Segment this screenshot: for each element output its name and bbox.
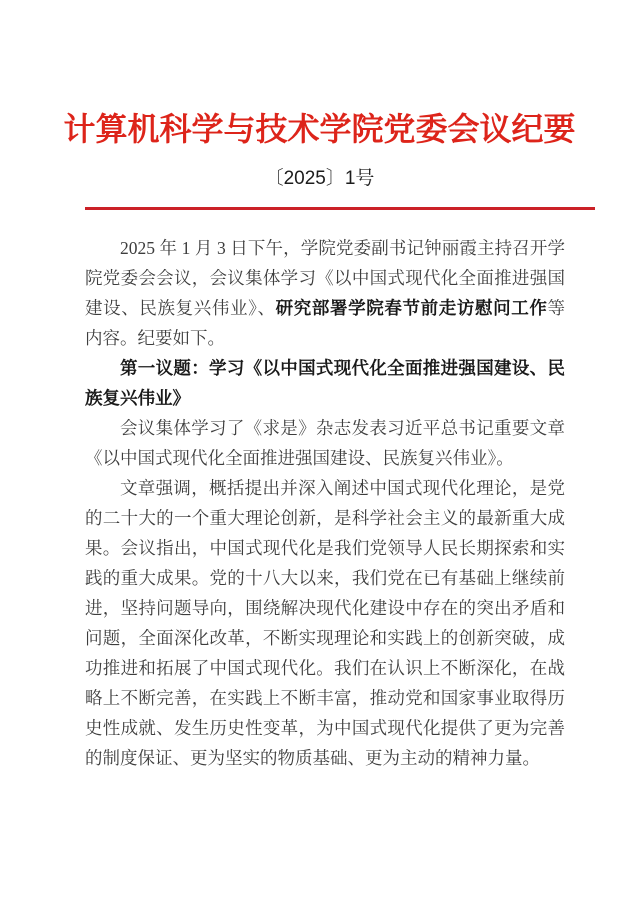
- text-segment: 第一议题：学习《以中国式现代化全面推进强国建设、民族复兴伟业》: [85, 358, 565, 408]
- text-segment: 研究部署学院春节前走访慰问工作: [276, 298, 548, 318]
- document-number: 〔2025〕1号: [0, 163, 639, 190]
- paragraph: 会议集体学习了《求是》杂志发表习近平总书记重要文章《以中国式现代化全面推进强国建…: [85, 413, 565, 473]
- paragraph: 文章强调，概括提出并深入阐述中国式现代化理论，是党的二十大的一个重大理论创新，是…: [85, 473, 565, 773]
- document-page: 计算机科学与技术学院党委会议纪要 〔2025〕1号 2025 年 1 月 3 日…: [0, 0, 639, 905]
- text-segment: 会议集体学习了《求是》杂志发表习近平总书记重要文章《以中国式现代化全面推进强国建…: [85, 418, 565, 468]
- document-title: 计算机科学与技术学院党委会议纪要: [0, 0, 639, 151]
- paragraph: 2025 年 1 月 3 日下午，学院党委副书记钟丽霞主持召开学院党委会会议，会…: [85, 233, 565, 353]
- topic-heading-paragraph: 第一议题：学习《以中国式现代化全面推进强国建设、民族复兴伟业》: [85, 353, 565, 413]
- document-body: 2025 年 1 月 3 日下午，学院党委副书记钟丽霞主持召开学院党委会会议，会…: [85, 233, 565, 773]
- text-segment: 文章强调，概括提出并深入阐述中国式现代化理论，是党的二十大的一个重大理论创新，是…: [85, 478, 565, 768]
- red-divider-line: [85, 207, 595, 210]
